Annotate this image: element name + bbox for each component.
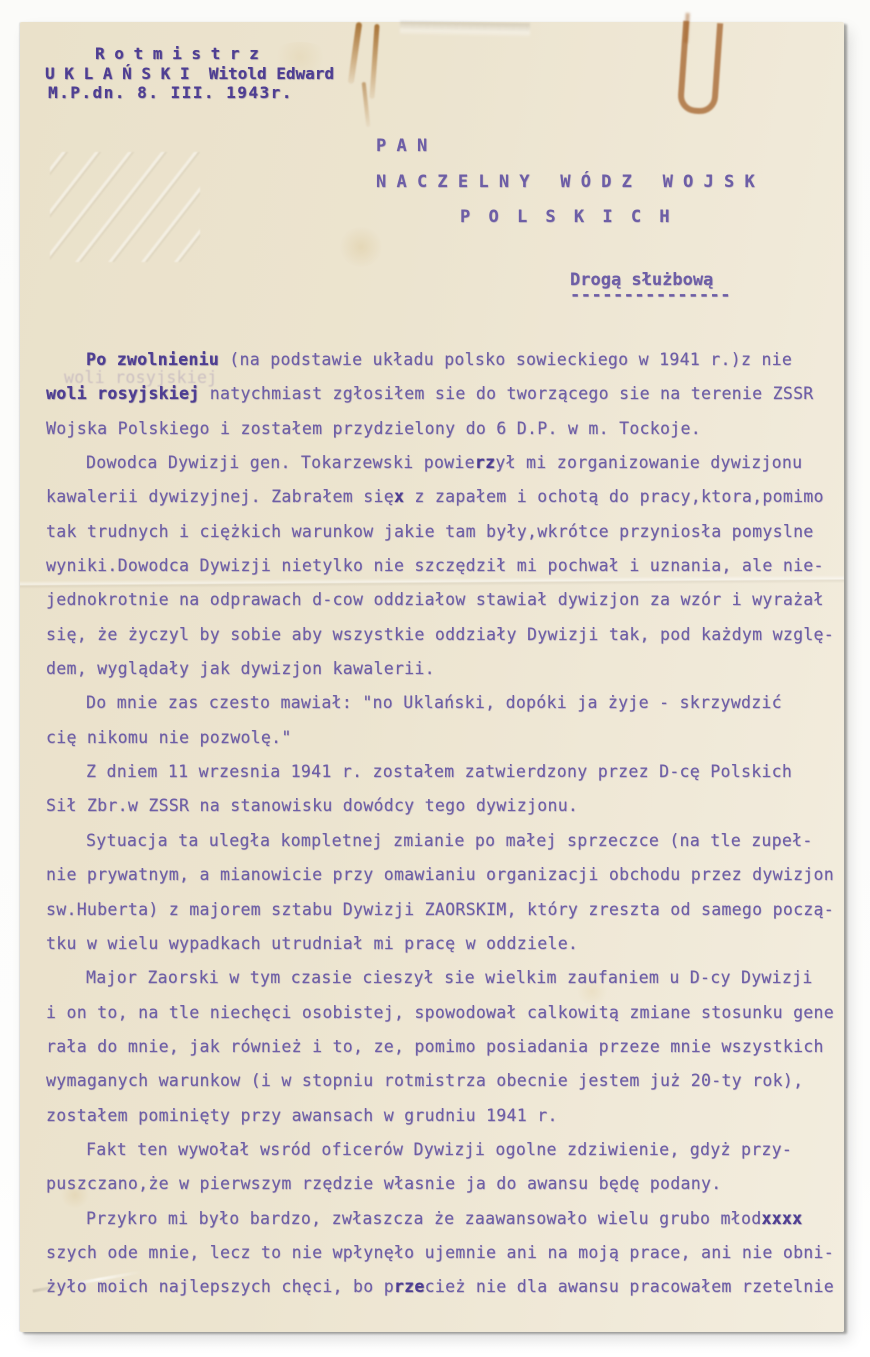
body-line: Sił Zbr.w ZSSR na stanowisku dowódcy teg…: [46, 789, 836, 823]
body-line: Dowodca Dywizji gen. Tokarzewski powierz…: [46, 446, 836, 480]
body-text-segment: się, że życzyl by sobie aby wszystkie od…: [46, 625, 834, 644]
top-edge-crease: [400, 21, 530, 37]
body-line: Przykro mi było bardzo, zwłaszcza że zaa…: [46, 1202, 836, 1236]
body-line: żyło moich najlepszych chęci, bo przecie…: [46, 1270, 836, 1304]
addressee-line: P O L S K I C H: [376, 207, 755, 227]
body-line: tku w wielu wypadkach utrudniał mi pracę…: [46, 927, 836, 961]
route-underline: ---------------: [570, 290, 731, 300]
body-text-segment: Sił Zbr.w ZSSR na stanowisku dowódcy teg…: [46, 796, 578, 815]
body-line: nie prywatnym, a mianowicie przy omawian…: [46, 858, 836, 892]
body-line: się, że życzyl by sobie aby wszystkie od…: [46, 618, 836, 652]
body-text-segment: Z dniem 11 wrzesnia 1941 r. zostałem zat…: [86, 762, 792, 781]
sender-rank: R o t m i s t r z: [45, 44, 334, 64]
addressee-block: P A N N A C Z E L N Y W Ó D Z W O J S K …: [376, 136, 755, 243]
body-text-segment: Przykro mi było bardzo, zwłaszcza że zaa…: [86, 1209, 761, 1228]
body-text-segment: dem, wyglądały jak dywizjon kawalerii.: [46, 659, 435, 678]
overstruck-text: rz: [475, 453, 495, 472]
overstruck-text: woli rosyjskiej: [46, 384, 200, 403]
body-text-segment: rała do mnie, jak również i to, ze, pomi…: [46, 1037, 824, 1056]
sender-name: U K L A Ń S K I Witold Edward: [45, 64, 334, 84]
body-line: Wojska Polskiego i zostałem przydzielony…: [46, 412, 836, 446]
body-line: i on to, na tle niechęci osobistej, spow…: [46, 996, 836, 1030]
overstruck-text: x: [394, 487, 404, 506]
sender-block: R o t m i s t r z U K L A Ń S K I Witold…: [45, 44, 334, 103]
overstruck-text: xxxx: [761, 1209, 802, 1228]
scanned-letter-page: R o t m i s t r z U K L A Ń S K I Witold…: [20, 22, 844, 1332]
body-line: woli rosyjskiej natychmiast zgłosiłem si…: [46, 377, 836, 411]
body-line: cię nikomu nie pozwolę.": [46, 721, 836, 755]
body-text-segment: szych ode mnie, lecz to nie wpłynęło uje…: [46, 1243, 834, 1262]
body-text-segment: cież nie dla awansu pracowałem rzetelnie: [425, 1277, 834, 1296]
body-text-segment: Dowodca Dywizji gen. Tokarzewski powie: [86, 453, 475, 472]
body-text-segment: (na podstawie układu polsko sowieckiego …: [219, 350, 792, 369]
body-line: Do mnie zas czesto mawiał: "no Uklański,…: [46, 686, 836, 720]
body-line: Major Zaorski w tym czasie cieszył sie w…: [46, 961, 836, 995]
body-text-segment: Do mnie zas czesto mawiał: "no Uklański,…: [86, 693, 782, 712]
body-text-segment: Major Zaorski w tym czasie cieszył sie w…: [86, 968, 813, 987]
body-line: szych ode mnie, lecz to nie wpłynęło uje…: [46, 1236, 836, 1270]
addressee-line: N A C Z E L N Y W Ó D Z W O J S K: [376, 172, 755, 192]
sender-date: M.P.dn. 8. III. 1943r.: [45, 83, 334, 103]
route-annotation: Drogą służbową ---------------: [570, 270, 731, 300]
rust-stain: [334, 22, 394, 132]
body-line: Sytuacja ta uległa kompletnej zmianie po…: [46, 824, 836, 858]
body-line: sw.Huberta) z majorem sztabu Dywizji ZAO…: [46, 893, 836, 927]
body-text-segment: Fakt ten wywołał wsród oficerów Dywizji …: [86, 1140, 792, 1159]
body-line: rała do mnie, jak również i to, ze, pomi…: [46, 1030, 836, 1064]
body-text-segment: i on to, na tle niechęci osobistej, spow…: [46, 1003, 834, 1022]
body-text-segment: sw.Huberta) z majorem sztabu Dywizji ZAO…: [46, 900, 834, 919]
body-text-segment: jednokrotnie na odprawach d-cow oddziało…: [46, 590, 824, 609]
body-text-segment: Wojska Polskiego i zostałem przydzielony…: [46, 419, 701, 438]
body-text-segment: nie prywatnym, a mianowicie przy omawian…: [46, 865, 834, 884]
body-text-segment: cię nikomu nie pozwolę.": [46, 728, 292, 747]
body-line: tak trudnych i ciężkich warunkow jakie t…: [46, 515, 836, 549]
body-line: wyniki.Dowodca Dywizji nietylko nie szcz…: [46, 549, 836, 583]
body-text-segment: żyło moich najlepszych chęci, bo p: [46, 1277, 394, 1296]
body-text-segment: zostałem pominięty przy awansach w grudn…: [46, 1106, 558, 1125]
body-text: Po zwolnieniu (na podstawie układu polsk…: [46, 343, 836, 1305]
body-text-segment: Sytuacja ta uległa kompletnej zmianie po…: [86, 831, 813, 850]
addressee-line: P A N: [376, 136, 755, 156]
body-text-segment: puszczano,że w pierwszym rzędzie własnie…: [46, 1174, 721, 1193]
body-text-segment: natychmiast zgłosiłem sie do tworzącego …: [200, 384, 814, 403]
body-text-segment: wymaganych warunkow (i w stopniu rotmist…: [46, 1071, 803, 1090]
overstruck-text: rze: [394, 1277, 425, 1296]
body-text-segment: tku w wielu wypadkach utrudniał mi pracę…: [46, 934, 578, 953]
corner-crease: [50, 152, 200, 262]
body-line: zostałem pominięty przy awansach w grudn…: [46, 1099, 836, 1133]
body-line: Po zwolnieniu (na podstawie układu polsk…: [46, 343, 836, 377]
body-text-segment: ył mi zorganizowanie dywizjonu: [495, 453, 802, 472]
body-text-segment: z zapałem i ochotą do pracy,ktora,pomimo: [404, 487, 824, 506]
paperclip-rust-stain: [677, 21, 723, 116]
body-line: jednokrotnie na odprawach d-cow oddziało…: [46, 583, 836, 617]
body-line: Fakt ten wywołał wsród oficerów Dywizji …: [46, 1133, 836, 1167]
body-line: Z dniem 11 wrzesnia 1941 r. zostałem zat…: [46, 755, 836, 789]
body-line: dem, wyglądały jak dywizjon kawalerii.: [46, 652, 836, 686]
overstruck-text: Po zwolnieniu: [86, 350, 219, 369]
body-line: kawalerii dywizyjnej. Zabrałem sięx z za…: [46, 480, 836, 514]
body-text-segment: tak trudnych i ciężkich warunkow jakie t…: [46, 522, 814, 541]
body-text-segment: kawalerii dywizyjnej. Zabrałem się: [46, 487, 394, 506]
body-line: puszczano,że w pierwszym rzędzie własnie…: [46, 1167, 836, 1201]
body-text-segment: wyniki.Dowodca Dywizji nietylko nie szcz…: [46, 556, 824, 575]
body-line: wymaganych warunkow (i w stopniu rotmist…: [46, 1064, 836, 1098]
